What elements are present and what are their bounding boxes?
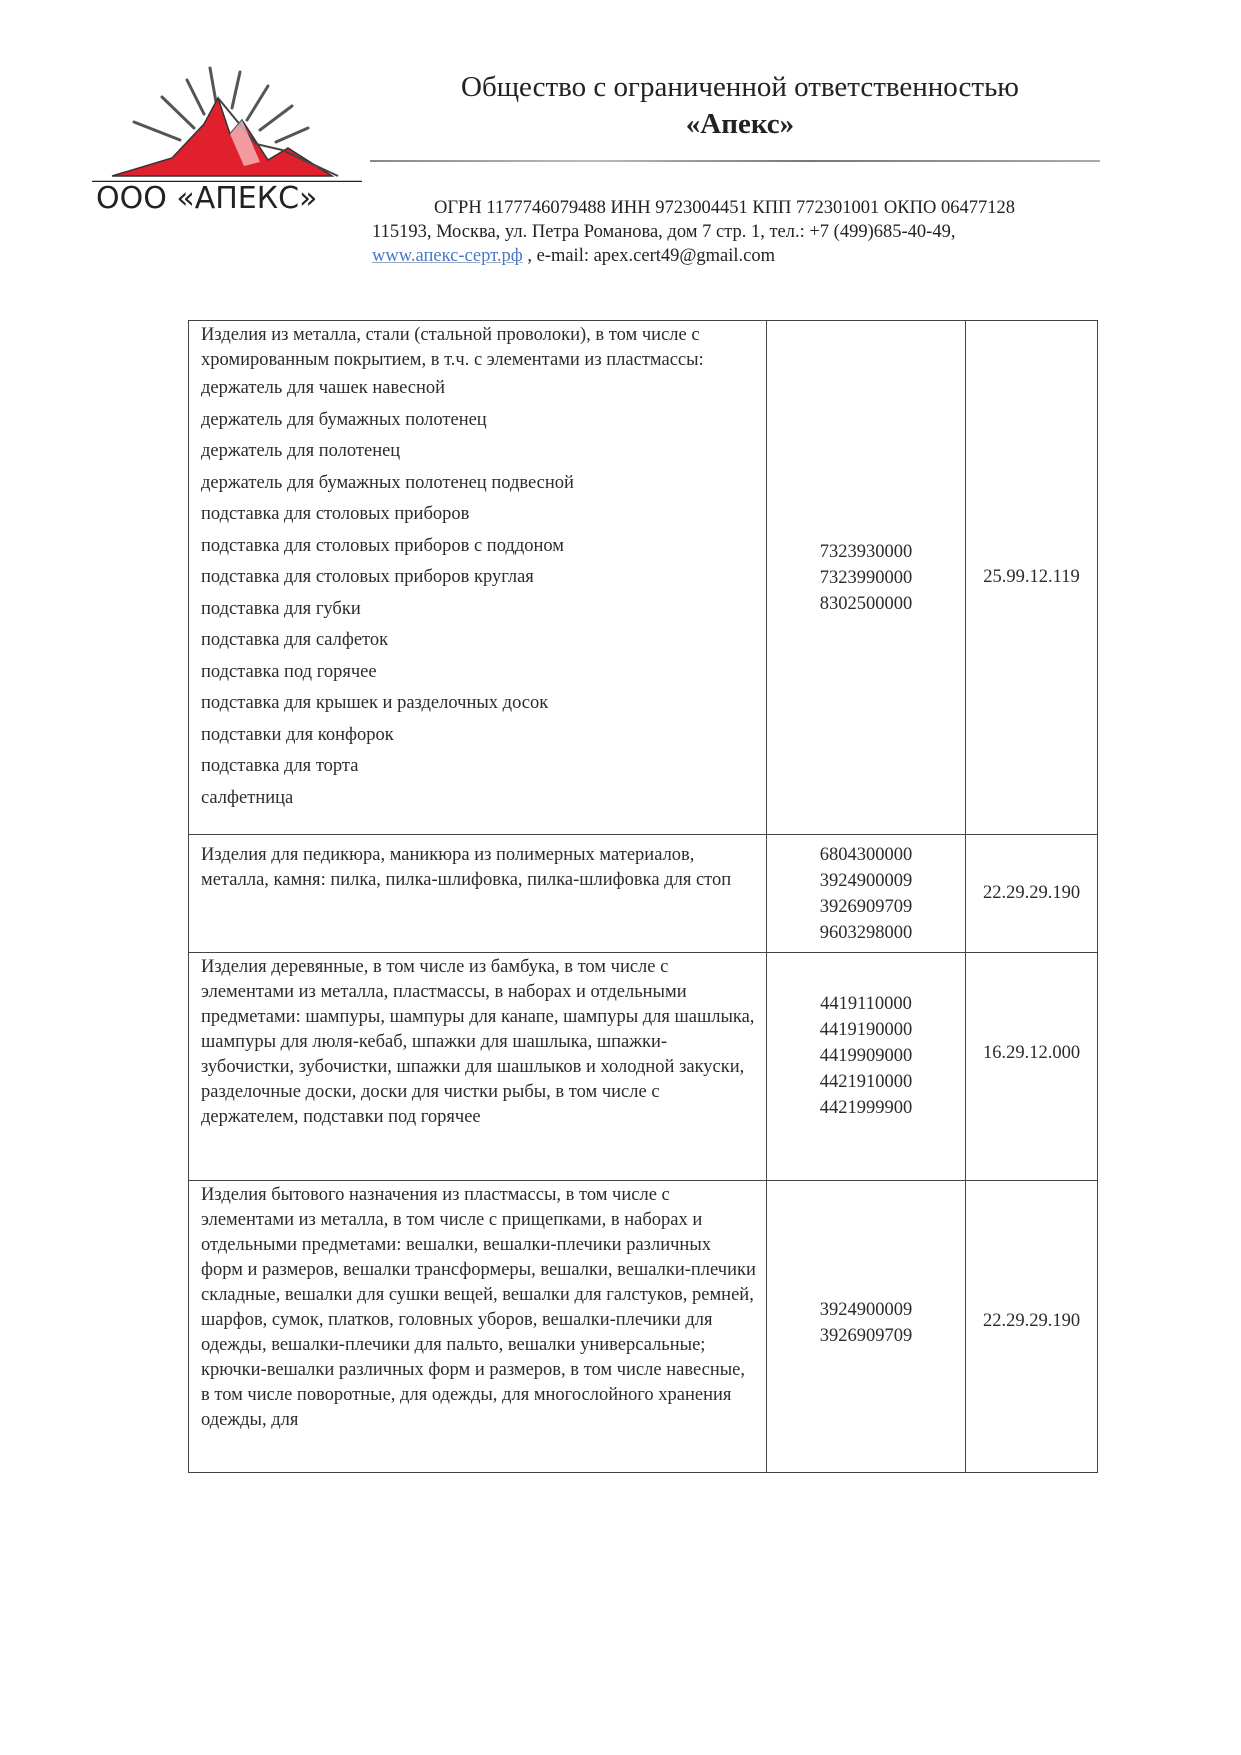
product-item: подставка для столовых приборов с поддон…: [201, 531, 756, 563]
company-logo: ООО «АПЕКС»: [92, 62, 362, 232]
okpd2-code-cell: 22.29.29.190: [966, 835, 1098, 953]
product-item: подставка под горячее: [201, 657, 756, 689]
logo-text: ООО «АПЕКС»: [96, 184, 366, 214]
tnved-codes-cell: 3924900009 3926909709: [767, 1181, 966, 1473]
product-description-cell: Изделия для педикюра, маникюра из полиме…: [189, 835, 767, 953]
tnved-code: 4419110000: [771, 991, 961, 1017]
tnved-code: 4421910000: [771, 1069, 961, 1095]
tnved-code: 7323990000: [771, 565, 961, 591]
product-item: подставка для торта: [201, 751, 756, 783]
tnved-code: 6804300000: [771, 842, 961, 868]
tnved-codes-cell: 4419110000 4419190000 4419909000 4421910…: [767, 953, 966, 1181]
company-header: Общество с ограниченной ответственностью…: [370, 70, 1110, 144]
tnved-code: 7323930000: [771, 539, 961, 565]
product-item: подставки для конфорок: [201, 720, 756, 752]
tnved-code: 9603298000: [771, 920, 961, 946]
tnved-code: 8302500000: [771, 591, 961, 617]
tnved-code: 4419909000: [771, 1043, 961, 1069]
tnved-code: 4421999900: [771, 1095, 961, 1121]
product-description: Изделия из металла, стали (стальной пров…: [201, 323, 756, 373]
company-legal-form: Общество с ограниченной ответственностью: [370, 70, 1110, 104]
company-name: «Апекс»: [370, 104, 1110, 144]
website-link[interactable]: www.апекс-серт.рф: [372, 246, 523, 266]
product-item: подставка для столовых приборов круглая: [201, 562, 756, 594]
product-description: Изделия деревянные, в том числе из бамбу…: [201, 955, 756, 1130]
okpd2-code-cell: 22.29.29.190: [966, 1181, 1098, 1473]
product-item: держатель для полотенец: [201, 436, 756, 468]
address-phone: 115193, Москва, ул. Петра Романова, дом …: [372, 220, 1112, 244]
table-row: Изделия для педикюра, маникюра из полиме…: [189, 835, 1098, 953]
table-row: Изделия бытового назначения из пластмасс…: [189, 1181, 1098, 1473]
product-description: Изделия бытового назначения из пластмасс…: [201, 1183, 756, 1433]
table-row: Изделия деревянные, в том числе из бамбу…: [189, 953, 1098, 1181]
tnved-code: 4419190000: [771, 1017, 961, 1043]
tnved-codes-cell: 7323930000 7323990000 8302500000: [767, 321, 966, 835]
tnved-code: 3926909709: [771, 1323, 961, 1349]
table-row: Изделия из металла, стали (стальной пров…: [189, 321, 1098, 835]
product-description-cell: Изделия из металла, стали (стальной пров…: [189, 321, 767, 835]
product-item: салфетница: [201, 783, 756, 815]
product-item: держатель для чашек навесной: [201, 373, 756, 405]
products-table: Изделия из металла, стали (стальной пров…: [188, 320, 1098, 1473]
product-item: подставка для губки: [201, 594, 756, 626]
product-description-cell: Изделия деревянные, в том числе из бамбу…: [189, 953, 767, 1181]
okpd2-code-cell: 16.29.12.000: [966, 953, 1098, 1181]
mountain-sun-icon: [92, 62, 362, 182]
product-item: подставка для крышек и разделочных досок: [201, 688, 756, 720]
product-item: подставка для салфеток: [201, 625, 756, 657]
tnved-code: 3926909709: [771, 894, 961, 920]
tnved-codes-cell: 6804300000 3924900009 3926909709 9603298…: [767, 835, 966, 953]
okpd2-code-cell: 25.99.12.119: [966, 321, 1098, 835]
product-item: держатель для бумажных полотенец: [201, 405, 756, 437]
product-item: держатель для бумажных полотенец подвесн…: [201, 468, 756, 500]
product-description: Изделия для педикюра, маникюра из полиме…: [201, 843, 756, 893]
product-item: подставка для столовых приборов: [201, 499, 756, 531]
tnved-code: 3924900009: [771, 1297, 961, 1323]
company-requisites: ОГРН 1177746079488 ИНН 9723004451 КПП 77…: [372, 196, 1112, 268]
tnved-code: 3924900009: [771, 868, 961, 894]
header-divider: [370, 160, 1100, 162]
email-text: , e-mail: apex.cert49@gmail.com: [523, 246, 775, 266]
registration-numbers: ОГРН 1177746079488 ИНН 9723004451 КПП 77…: [372, 196, 1112, 220]
product-description-cell: Изделия бытового назначения из пластмасс…: [189, 1181, 767, 1473]
